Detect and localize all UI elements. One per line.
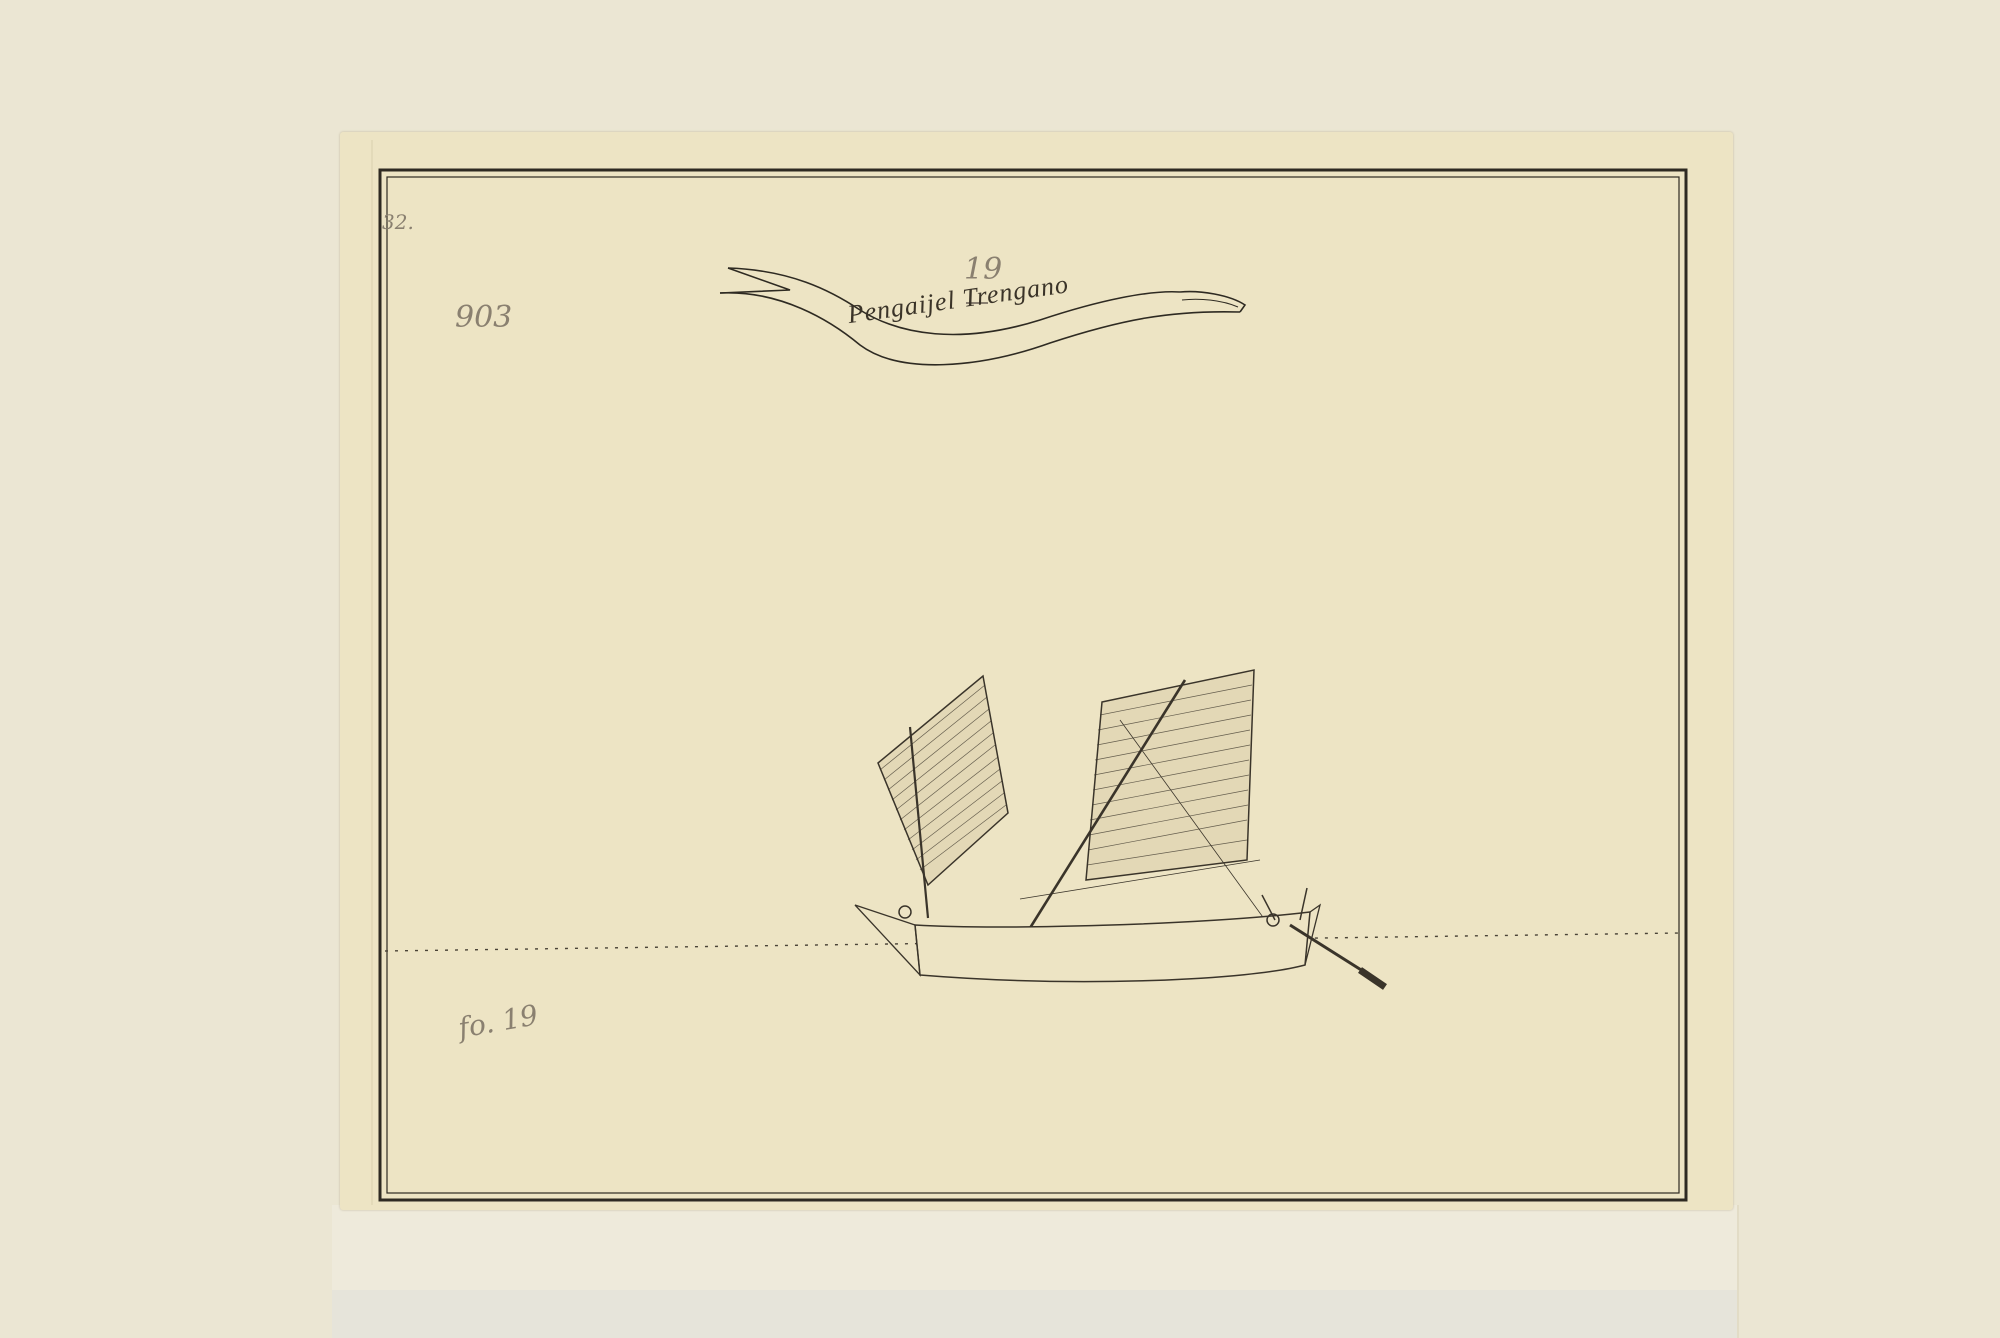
annotation-corner: 32. xyxy=(382,210,414,234)
drawing-canvas xyxy=(0,0,2000,1338)
annotation-catalog-number: 903 xyxy=(455,300,512,335)
boat-drawing xyxy=(855,670,1385,987)
